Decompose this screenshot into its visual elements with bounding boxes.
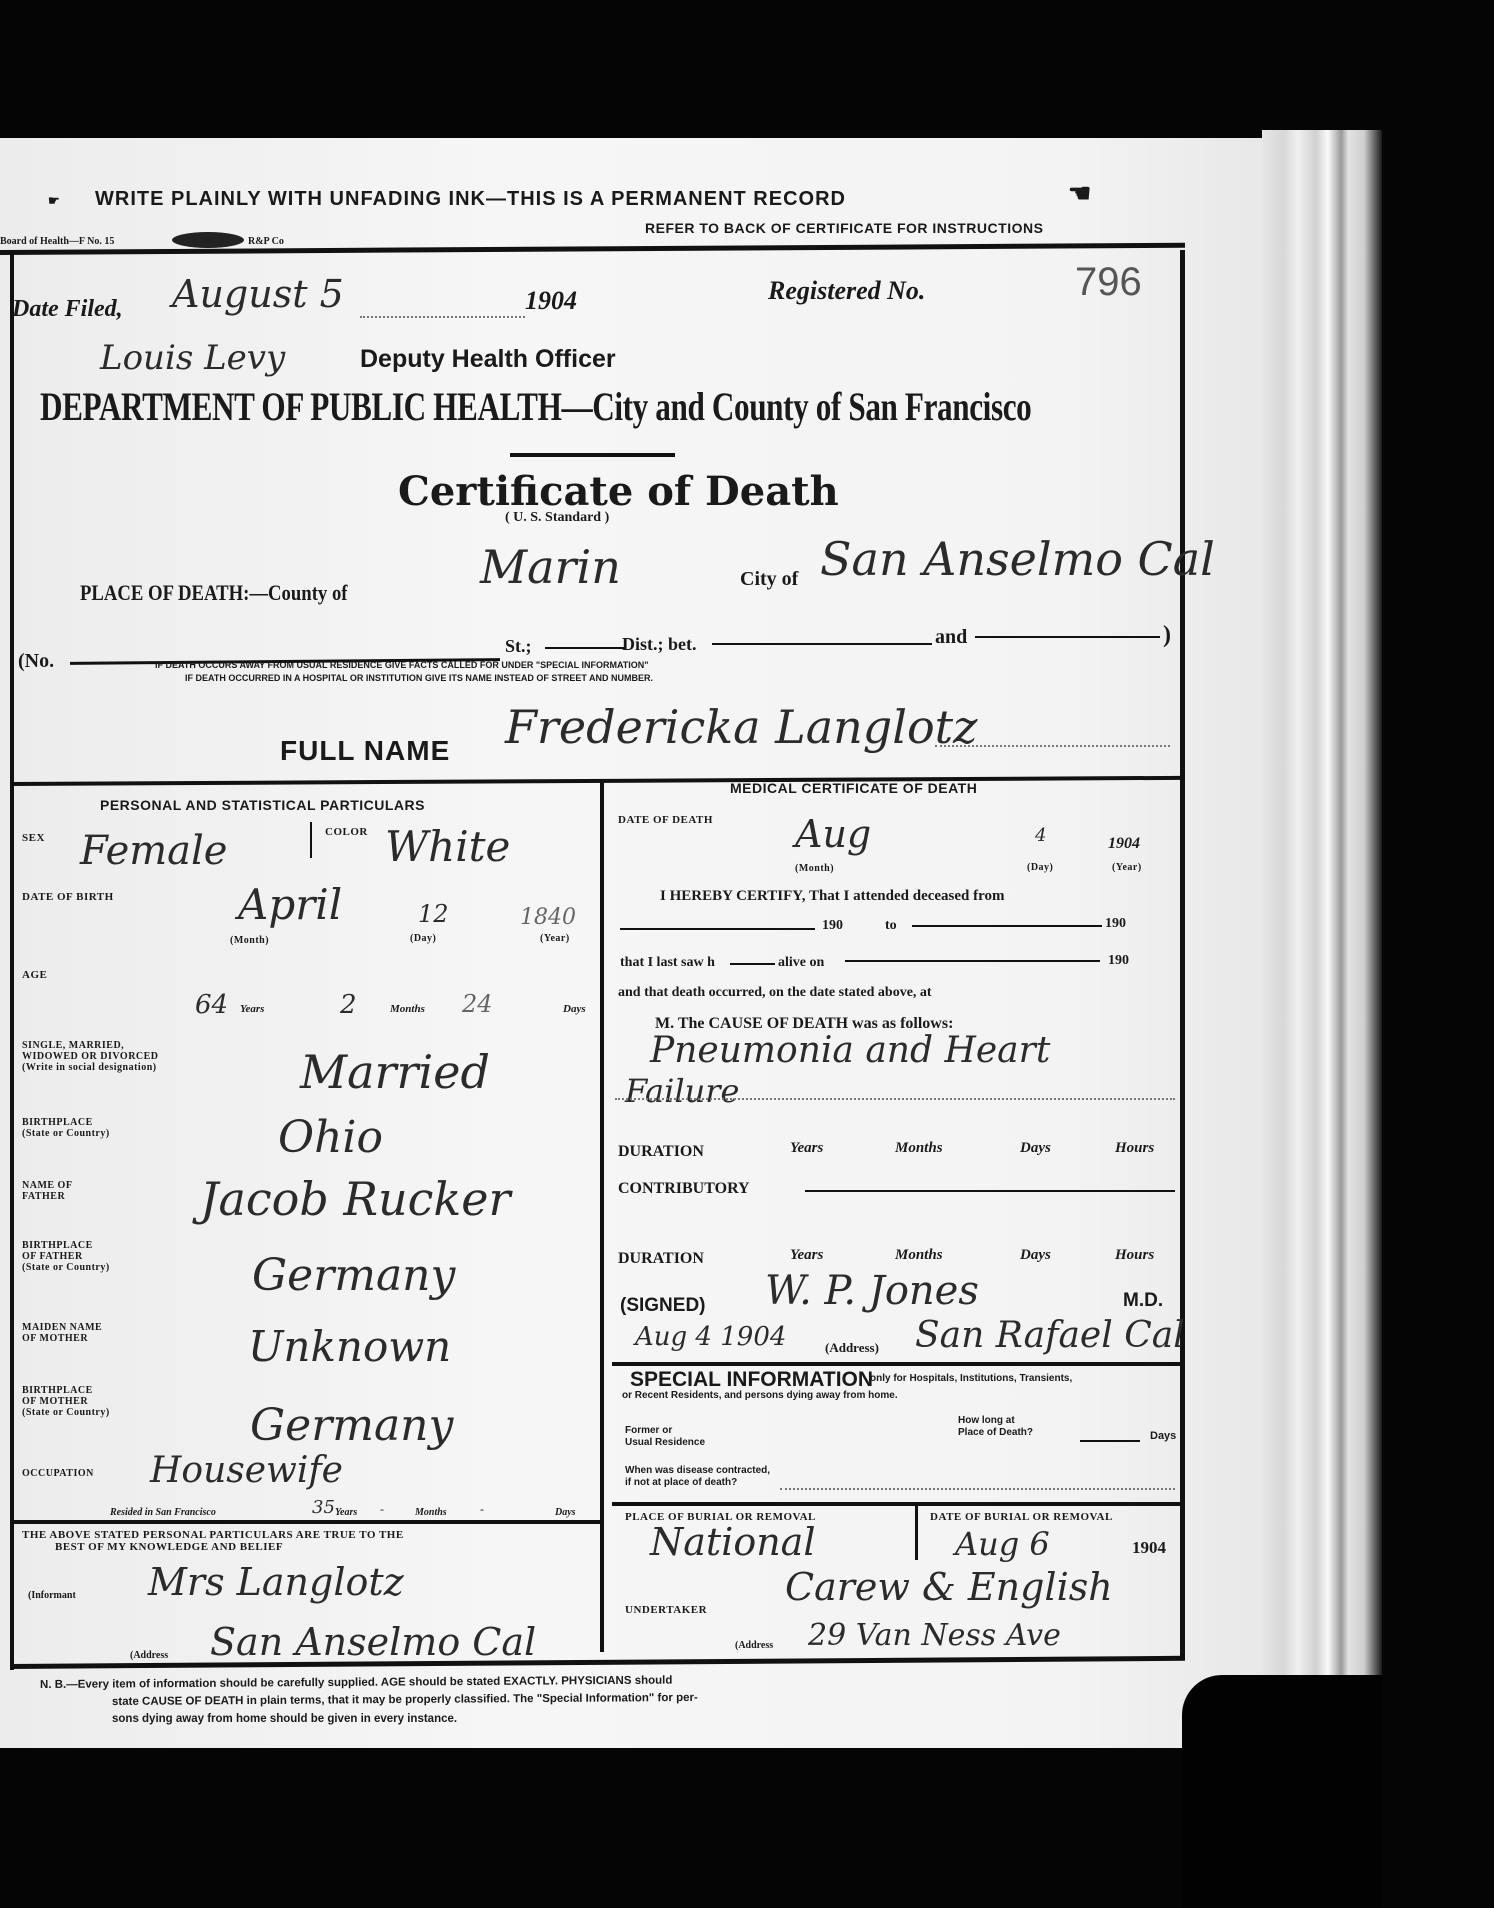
form-right-border: [1180, 250, 1185, 1660]
personal-heading: PERSONAL AND STATISTICAL PARTICULARS: [100, 797, 425, 813]
marital-label-1: SINGLE, MARRIED,: [22, 1040, 124, 1051]
street-label: St.;: [505, 636, 532, 657]
special-note-2: or Recent Residents, and persons dying a…: [622, 1390, 898, 1401]
form-id: Board of Health—F No. 15: [0, 236, 114, 247]
father-birthplace: Germany: [252, 1250, 455, 1301]
date-filed-value: August 5: [172, 272, 344, 316]
informant-address: San Anselmo Cal: [210, 1620, 536, 1664]
former-residence-label-2: Usual Residence: [625, 1437, 705, 1448]
duration-years-2: Years: [790, 1247, 823, 1264]
place-of-death-label: PLACE OF DEATH:—County of: [80, 580, 348, 606]
certify-to-line: [912, 925, 1102, 927]
district-label: Dist.; bet.: [622, 634, 697, 655]
footnote-line-3: sons dying away from home should be give…: [112, 1713, 457, 1725]
dod-year-caption: (Year): [1112, 862, 1142, 873]
special-heading: SPECIAL INFORMATION: [630, 1368, 873, 1392]
resided-months-caption: Months: [415, 1507, 447, 1518]
and-line: [975, 636, 1160, 638]
contracted-label-1: When was disease contracted,: [625, 1465, 770, 1476]
father-label-1: NAME OF: [22, 1180, 72, 1191]
mother-label-1: MAIDEN NAME: [22, 1322, 102, 1333]
pointing-hand-icon: ☛: [48, 193, 60, 209]
book-page-edges: [1262, 130, 1382, 1690]
title-divider: [510, 453, 675, 457]
dod-year: 1904: [1108, 835, 1140, 853]
officer-title: Deputy Health Officer: [360, 345, 616, 374]
how-long-label-1: How long at: [958, 1415, 1015, 1426]
mother-name: Unknown: [248, 1322, 451, 1371]
duration-days: Days: [1020, 1140, 1051, 1157]
certify-line-2b: alive on: [778, 955, 824, 971]
how-long-line: [1080, 1440, 1140, 1442]
sex-label: SEX: [22, 833, 45, 844]
place-county: Marin: [480, 540, 621, 594]
and-label: and: [935, 626, 967, 649]
registered-label: Registered No.: [768, 276, 925, 306]
burial-divider: [612, 1502, 1180, 1506]
informant-statement-1: THE ABOVE STATED PERSONAL PARTICULARS AR…: [22, 1530, 404, 1541]
resided-years: 35: [312, 1497, 335, 1518]
duration-label: DURATION: [618, 1143, 704, 1161]
duration-months: Months: [895, 1140, 943, 1157]
contracted-line: [780, 1488, 1175, 1490]
certify-from-line: [620, 928, 815, 930]
street-line: [545, 647, 625, 649]
full-name-line: [935, 745, 1170, 747]
duration-months-2: Months: [895, 1247, 943, 1264]
certify-line-3: and that death occurred, on the date sta…: [618, 985, 932, 1001]
cause-line-2: Failure: [625, 1072, 739, 1110]
resided-years-caption: Years: [335, 1507, 357, 1518]
printer-mark: R&P Co: [248, 236, 284, 247]
mother-birthplace: Germany: [250, 1400, 453, 1451]
pointing-hand-icon-right: ☚: [1068, 178, 1091, 209]
place-city-label: City of: [740, 568, 798, 591]
duration-label-2: DURATION: [618, 1250, 704, 1268]
mother-bp-label-3: (State or Country): [22, 1407, 110, 1418]
age-label: AGE: [22, 970, 47, 981]
signed-label: (SIGNED): [620, 1295, 706, 1317]
dob-label: DATE OF BIRTH: [22, 892, 114, 903]
form-left-border: [10, 250, 14, 1670]
resided-days-caption: Days: [555, 1507, 576, 1518]
paren-close: ): [1163, 622, 1171, 649]
dob-month: April: [238, 880, 342, 929]
age-months-caption: Months: [390, 1003, 425, 1015]
birthplace-sublabel: (State or Country): [22, 1128, 110, 1139]
dod-day: 4: [1035, 825, 1046, 846]
us-standard: ( U. S. Standard ): [505, 510, 609, 526]
certify-190-a: 190: [822, 918, 843, 934]
burial-column-divider: [915, 1502, 918, 1560]
informant-label: (Informant: [28, 1590, 76, 1601]
color-label: COLOR: [325, 827, 368, 838]
birthplace-value: Ohio: [278, 1112, 383, 1163]
contracted-label-2: if not at place of death?: [625, 1477, 737, 1488]
certify-190-b: 190: [1105, 916, 1126, 932]
how-long-days: Days: [1150, 1430, 1176, 1442]
duration-hours: Hours: [1115, 1140, 1154, 1157]
date-filed-line: [360, 316, 525, 318]
dod-month: Aug: [795, 812, 871, 856]
certify-190-c: 190: [1108, 953, 1129, 969]
color-divider: [310, 822, 312, 858]
dob-day: 12: [418, 900, 449, 928]
dob-month-caption: (Month): [230, 935, 269, 946]
contributory-line: [805, 1190, 1175, 1192]
birthplace-label: BIRTHPLACE: [22, 1117, 93, 1128]
age-days: 24: [462, 990, 493, 1018]
duration-hours-2: Hours: [1115, 1247, 1154, 1264]
occupation-value: Housewife: [150, 1450, 343, 1491]
dob-year: 1840: [520, 905, 576, 930]
residence-note-2: IF DEATH OCCURRED IN A HOSPITAL OR INSTI…: [185, 673, 653, 683]
undertaker-label: UNDERTAKER: [625, 1605, 707, 1616]
resided-days: -: [480, 1502, 484, 1517]
certify-line-2a: that I last saw h: [620, 955, 715, 971]
mother-label-2: OF MOTHER: [22, 1333, 88, 1344]
medical-heading: MEDICAL CERTIFICATE OF DEATH: [730, 780, 977, 796]
informant-divider: [14, 1520, 602, 1524]
md-label: M.D.: [1123, 1290, 1163, 1312]
signed-date: Aug 4 1904: [635, 1322, 786, 1352]
banner-text: WRITE PLAINLY WITH UNFADING INK—THIS IS …: [95, 188, 846, 211]
mother-bp-label-1: BIRTHPLACE: [22, 1385, 93, 1396]
cause-line-1: Pneumonia and Heart: [650, 1030, 1050, 1071]
undertaker-name: Carew & English: [785, 1565, 1113, 1609]
marital-label-2: WIDOWED OR DIVORCED: [22, 1051, 159, 1062]
occupation-label: OCCUPATION: [22, 1468, 94, 1479]
age-days-caption: Days: [563, 1003, 586, 1015]
registered-number: 796: [1075, 260, 1142, 305]
undertaker-address: 29 Van Ness Ave: [808, 1618, 1061, 1653]
dod-day-caption: (Day): [1027, 862, 1053, 873]
union-seal-icon: [172, 232, 244, 248]
informant-address-label: (Address: [130, 1650, 168, 1661]
district-line: [712, 643, 932, 645]
age-years-caption: Years: [240, 1003, 264, 1015]
dob-year-caption: (Year): [540, 933, 570, 944]
cause-line-rule: [615, 1098, 1175, 1100]
duration-years: Years: [790, 1140, 823, 1157]
thumb-shadow: [1182, 1675, 1382, 1908]
instructions-note: REFER TO BACK OF CERTIFICATE FOR INSTRUC…: [645, 220, 1043, 236]
officer-signature: Louis Levy: [100, 338, 285, 378]
physician-address-label: (Address): [825, 1340, 879, 1356]
full-name-label: FULL NAME: [280, 735, 450, 767]
father-bp-label-3: (State or Country): [22, 1262, 110, 1273]
residence-note-1: IF DEATH OCCURS AWAY FROM USUAL RESIDENC…: [155, 660, 649, 670]
place-city: San Anselmo Cal: [820, 532, 1215, 586]
father-bp-label-1: BIRTHPLACE: [22, 1240, 93, 1251]
dod-month-caption: (Month): [795, 863, 834, 874]
former-residence-label-1: Former or: [625, 1425, 672, 1436]
contributory-label: CONTRIBUTORY: [618, 1180, 750, 1198]
color-value: White: [385, 822, 510, 871]
age-months: 2: [340, 990, 357, 1020]
special-divider: [612, 1362, 1180, 1366]
informant-statement-2: BEST OF MY KNOWLEDGE AND BELIEF: [55, 1542, 283, 1553]
certificate-title: Certificate of Death: [398, 468, 839, 515]
dod-label: DATE OF DEATH: [618, 815, 713, 826]
date-filed-label: Date Filed,: [12, 296, 123, 323]
physician-address: San Rafael Cal: [915, 1315, 1185, 1356]
certify-line-1: I HEREBY CERTIFY, That I attended deceas…: [660, 888, 1005, 905]
pronoun-line: [730, 963, 775, 965]
mother-bp-label-2: OF MOTHER: [22, 1396, 88, 1407]
physician-signature: W. P. Jones: [765, 1268, 979, 1314]
age-years: 64: [195, 990, 228, 1020]
resided-label: Resided in San Francisco: [110, 1507, 216, 1518]
sex-value: Female: [80, 828, 227, 874]
date-filed-year: 1904: [525, 286, 577, 316]
last-seen-line: [845, 960, 1100, 962]
certify-to: to: [885, 918, 897, 934]
dob-day-caption: (Day): [410, 933, 436, 944]
resided-months: -: [380, 1502, 384, 1517]
how-long-label-2: Place of Death?: [958, 1427, 1033, 1438]
department-title: DEPARTMENT OF PUBLIC HEALTH—City and Cou…: [40, 383, 1031, 430]
burial-date: Aug 6: [955, 1525, 1050, 1563]
street-no-label: (No.: [18, 650, 54, 673]
undertaker-address-label: (Address: [735, 1640, 773, 1651]
marital-label-3: (Write in social designation): [22, 1062, 157, 1073]
special-note-1: only for Hospitals, Institutions, Transi…: [870, 1373, 1072, 1384]
father-name: Jacob Rucker: [200, 1172, 511, 1226]
informant-name: Mrs Langlotz: [148, 1560, 404, 1604]
marital-value: Married: [300, 1045, 490, 1099]
duration-days-2: Days: [1020, 1247, 1051, 1264]
burial-place: National: [650, 1520, 816, 1564]
full-name-value: Fredericka Langlotz: [505, 700, 977, 754]
father-bp-label-2: OF FATHER: [22, 1251, 83, 1262]
burial-date-label: DATE of BURIAL or REMOVAL: [930, 1512, 1113, 1523]
father-label-2: FATHER: [22, 1191, 65, 1202]
burial-year: 1904: [1132, 1538, 1166, 1558]
